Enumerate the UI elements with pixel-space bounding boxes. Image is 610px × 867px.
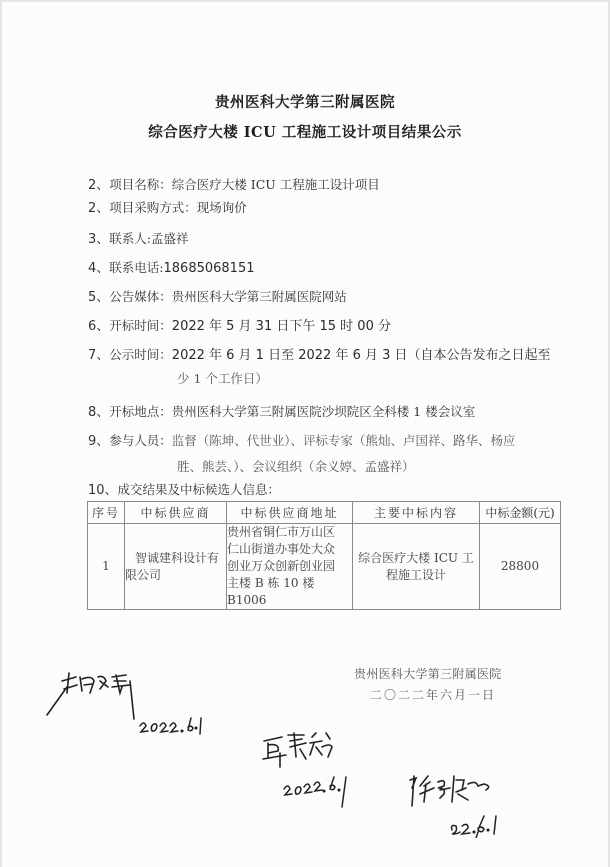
item-number: 3、 — [88, 232, 109, 247]
item-project-name: 2、项目名称：综合医疗大楼 ICU 工程施工设计项目 — [88, 174, 380, 193]
item-participants: 9、参与人员：监督（陈坤、代世业）、评标专家（熊灿、卢国祥、路华、杨应 — [88, 430, 516, 449]
item-number: 4、 — [88, 261, 109, 276]
header-main-content: 主要中标内容 — [353, 502, 480, 524]
document-page: 贵州医科大学第三附属医院 综合医疗大楼 ICU 工程施工设计项目结果公示 2、项… — [2, 2, 608, 867]
item-label: 成交结果及中标候选人信息： — [118, 482, 281, 497]
footer-organization: 贵州医科大学第三附属医院 — [354, 665, 502, 682]
item-procurement-method: 2、项目采购方式：现场询价 — [88, 197, 247, 216]
item-label: 项目名称： — [109, 177, 172, 192]
address-line: 创业万众创新创业园 — [227, 558, 352, 575]
supplier-line: 智诚建科设计有 — [125, 550, 226, 567]
item-value: 2022 年 5 月 31 日下午 15 时 00 分 — [172, 319, 391, 334]
address-line: 贵州省铜仁市万山区 — [227, 524, 352, 541]
table-row: 1 智诚建科设计有 限公司 贵州省铜仁市万山区 仁山街道办事处大众 创业万众创新… — [88, 524, 561, 610]
item-number: 2、 — [88, 201, 109, 216]
item-value: 监督（陈坤、代世业）、评标专家（熊灿、卢国祥、路华、杨应 — [172, 433, 516, 448]
item-value: 孟盛祥 — [151, 231, 189, 246]
item-publicity-period-continued: 少 1 个工作日） — [177, 369, 268, 387]
cell-amount: 28800 — [480, 524, 561, 610]
result-table: 序号 中标供应商 中标供应商地址 主要中标内容 中标金额(元) 1 智诚建科设计… — [87, 501, 561, 610]
item-announcement-media: 5、公告媒体：贵州医科大学第三附属医院网站 — [88, 286, 347, 305]
header-index: 序号 — [88, 502, 125, 524]
item-number: 5、 — [88, 290, 109, 305]
item-participants-continued: 胜、熊芸、）、会议组织（余义婷、孟盛祥） — [177, 457, 415, 475]
item-label: 联系人: — [109, 231, 151, 246]
header-amount: 中标金额(元) — [480, 502, 561, 524]
item-label: 参与人员： — [109, 433, 172, 448]
signature-2-date-icon — [282, 773, 357, 813]
header-supplier-address: 中标供应商地址 — [227, 502, 353, 524]
table-header-row: 序号 中标供应商 中标供应商地址 主要中标内容 中标金额(元) — [88, 502, 561, 524]
content-line: 综合医疗大楼 ICU 工 — [353, 550, 479, 567]
item-value: 2022 年 6 月 1 日至 2022 年 6 月 3 日（自本公告发布之日起… — [172, 348, 551, 363]
item-bid-opening-location: 8、开标地点：贵州医科大学第三附属医院沙坝院区全科楼 1 楼会议室 — [88, 401, 475, 420]
cell-main-content: 综合医疗大楼 ICU 工 程施工设计 — [353, 524, 480, 610]
item-value: 贵州医科大学第三附属医院网站 — [172, 289, 347, 304]
item-value: 综合医疗大楼 ICU 工程施工设计项目 — [172, 177, 380, 192]
supplier-line: 限公司 — [125, 567, 226, 584]
item-number: 8、 — [88, 405, 109, 420]
item-publicity-period: 7、公示时间：2022 年 6 月 1 日至 2022 年 6 月 3 日（自本… — [88, 344, 551, 363]
item-value: 贵州医科大学第三附属医院沙坝院区全科楼 1 楼会议室 — [172, 404, 475, 419]
item-label: 开标地点： — [109, 404, 172, 419]
item-label: 公告媒体： — [109, 289, 172, 304]
signature-1-icon — [42, 667, 152, 722]
address-line: 主楼 B 栋 10 楼 B1006 — [227, 575, 352, 609]
signature-3-date-icon — [448, 812, 518, 838]
item-label: 联系电话: — [109, 260, 163, 275]
content-line: 程施工设计 — [353, 567, 479, 584]
item-label: 公示时间： — [109, 347, 172, 362]
cell-address: 贵州省铜仁市万山区 仁山街道办事处大众 创业万众创新创业园 主楼 B 栋 10 … — [227, 524, 353, 610]
item-number: 10、 — [88, 483, 118, 498]
signature-2-icon — [260, 729, 340, 769]
document-title-org: 贵州医科大学第三附属医院 — [2, 91, 608, 112]
item-result-info: 10、成交结果及中标候选人信息： — [88, 479, 280, 498]
cell-supplier: 智诚建科设计有 限公司 — [125, 524, 227, 610]
signature-3-icon — [406, 772, 498, 812]
item-bid-opening-time: 6、开标时间：2022 年 5 月 31 日下午 15 时 00 分 — [88, 315, 391, 334]
cell-index: 1 — [88, 524, 125, 610]
item-label: 项目采购方式： — [109, 200, 197, 215]
item-number: 7、 — [88, 348, 109, 363]
document-title-project: 综合医疗大楼 ICU 工程施工设计项目结果公示 — [2, 121, 608, 142]
header-supplier: 中标供应商 — [125, 502, 227, 524]
item-contact-phone: 4、联系电话:18685068151 — [88, 257, 254, 276]
item-value: 18685068151 — [164, 261, 255, 276]
item-number: 2、 — [88, 178, 109, 193]
item-number: 6、 — [88, 319, 109, 334]
item-value: 现场询价 — [197, 200, 247, 215]
address-line: 仁山街道办事处大众 — [227, 541, 352, 558]
item-contact-person: 3、联系人:孟盛祥 — [88, 228, 189, 247]
signature-1-date-icon — [138, 714, 208, 736]
footer-date: 二〇二二年六月一日 — [370, 686, 496, 703]
item-label: 开标时间： — [109, 318, 172, 333]
item-number: 9、 — [88, 434, 109, 449]
